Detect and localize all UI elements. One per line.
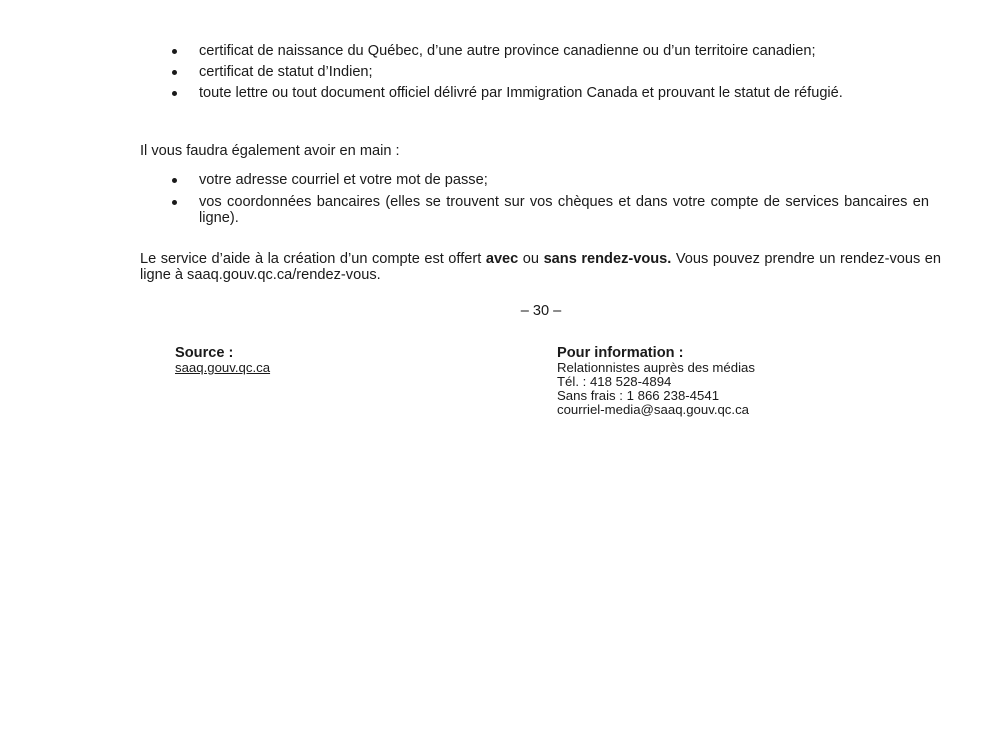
required-documents-list: certificat de naissance du Québec, d’une… [172, 43, 929, 106]
in-hand-intro: Il vous faudra également avoir en main : [140, 143, 941, 159]
list-item: certificat de naissance du Québec, d’une… [172, 43, 929, 59]
service-text-2: ou [518, 251, 543, 267]
list-item: toute lettre ou tout document officiel d… [172, 85, 929, 101]
source-link[interactable]: saaq.gouv.qc.ca [175, 361, 270, 375]
list-item-text: certificat de naissance du Québec, d’une… [199, 43, 816, 59]
source-label: Source : [175, 345, 270, 361]
bullet-icon [172, 49, 177, 54]
list-item: certificat de statut d’Indien; [172, 64, 929, 80]
list-item-text: votre adresse courriel et votre mot de p… [199, 172, 488, 188]
source-block: Source : saaq.gouv.qc.ca [175, 345, 270, 375]
bullet-icon [172, 178, 177, 183]
list-item-text: certificat de statut d’Indien; [199, 64, 373, 80]
media-relations-line: Relationnistes auprès des médias [557, 361, 755, 375]
service-paragraph: Le service d’aide à la création d’un com… [140, 251, 941, 283]
in-hand-list: votre adresse courriel et votre mot de p… [172, 172, 929, 232]
bullet-icon [172, 91, 177, 96]
list-item-text: toute lettre ou tout document officiel d… [199, 85, 843, 101]
list-item: vos coordonnées bancaires (elles se trou… [172, 194, 929, 226]
list-item-text: vos coordonnées bancaires (elles se trou… [199, 194, 929, 226]
list-item: votre adresse courriel et votre mot de p… [172, 172, 929, 188]
email-line: courriel-media@saaq.gouv.qc.ca [557, 403, 755, 417]
information-block: Pour information : Relationnistes auprès… [557, 345, 755, 417]
service-text-1: Le service d’aide à la création d’un com… [140, 251, 486, 267]
bullet-icon [172, 200, 177, 205]
service-bold-without: sans rendez-vous. [544, 251, 672, 267]
toll-free-line: Sans frais : 1 866 238-4541 [557, 389, 755, 403]
information-label: Pour information : [557, 345, 755, 361]
end-marker: – 30 – [0, 303, 1000, 319]
service-bold-with: avec [486, 251, 518, 267]
phone-line: Tél. : 418 528-4894 [557, 375, 755, 389]
bullet-icon [172, 70, 177, 75]
